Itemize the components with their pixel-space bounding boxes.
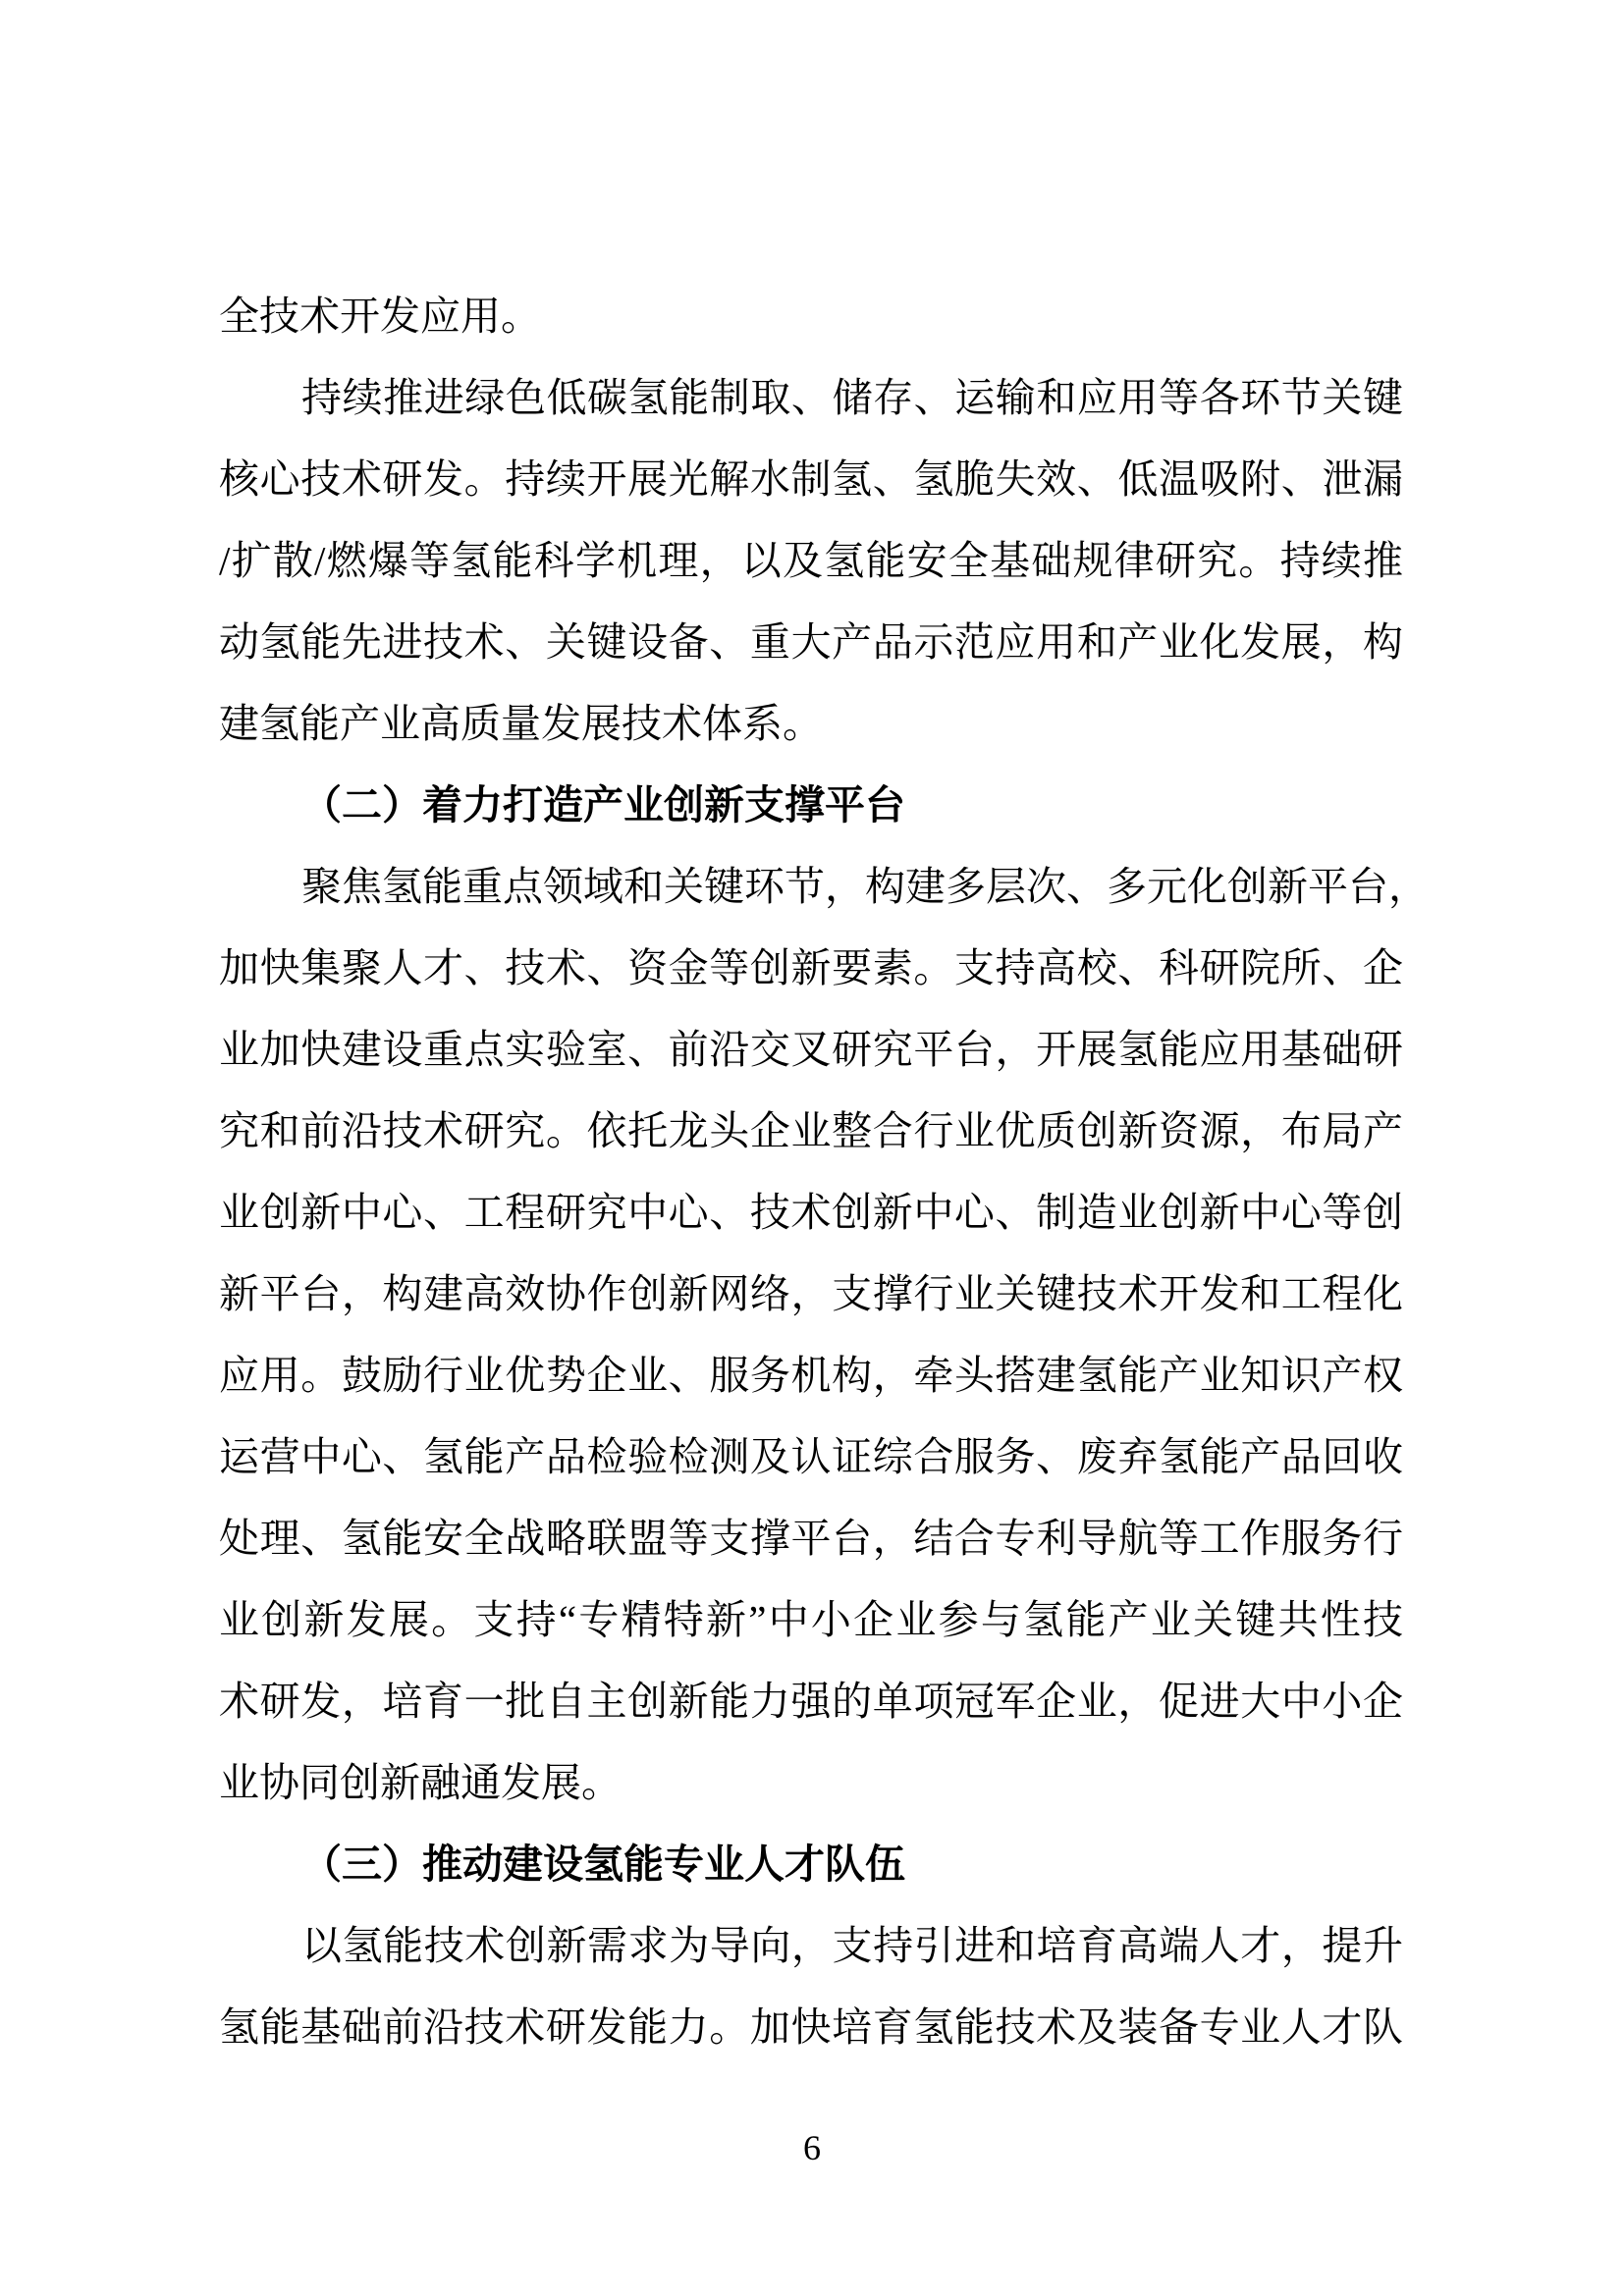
text-line: /扩散/燃爆等氢能科学机理，以及氢能安全基础规律研究。持续推 <box>219 520 1403 602</box>
text-line: 氢能基础前沿技术研发能力。加快培育氢能技术及装备专业人才队 <box>219 1987 1403 2068</box>
text-line: 处理、氢能安全战略联盟等支撑平台，结合专利导航等工作服务行 <box>219 1498 1403 1579</box>
text-line: 加快集聚人才、技术、资金等创新要素。支持高校、科研院所、企 <box>219 928 1403 1009</box>
section-heading: （二）着力打造产业创新支撑平台 <box>219 765 1403 846</box>
text-line: 术研发，培育一批自主创新能力强的单项冠军企业，促进大中小企 <box>219 1661 1403 1742</box>
text-line: 动氢能先进技术、关键设备、重大产品示范应用和产业化发展，构 <box>219 602 1403 683</box>
page-number: 6 <box>0 2124 1624 2171</box>
text-line: 业创新中心、工程研究中心、技术创新中心、制造业创新中心等创 <box>219 1172 1403 1254</box>
text-line: 核心技术研发。持续开展光解水制氢、氢脆失效、低温吸附、泄漏 <box>219 439 1403 520</box>
text-line: 聚焦氢能重点领域和关键环节，构建多层次、多元化创新平台， <box>219 846 1403 928</box>
document-body: 全技术开发应用。 持续推进绿色低碳氢能制取、储存、运输和应用等各环节关键 核心技… <box>219 276 1403 2068</box>
text-line: 持续推进绿色低碳氢能制取、储存、运输和应用等各环节关键 <box>219 357 1403 439</box>
text-line: 业创新发展。支持“专精特新”中小企业参与氢能产业关键共性技 <box>219 1579 1403 1661</box>
section-heading: （三）推动建设氢能专业人才队伍 <box>219 1824 1403 1905</box>
text-line: 究和前沿技术研究。依托龙头企业整合行业优质创新资源，布局产 <box>219 1091 1403 1172</box>
text-line: 全技术开发应用。 <box>219 276 1403 357</box>
text-line: 运营中心、氢能产品检验检测及认证综合服务、废弃氢能产品回收 <box>219 1416 1403 1498</box>
text-line: 建氢能产业高质量发展技术体系。 <box>219 683 1403 765</box>
text-line: 以氢能技术创新需求为导向，支持引进和培育高端人才，提升 <box>219 1905 1403 1987</box>
text-line: 业协同创新融通发展。 <box>219 1742 1403 1824</box>
text-line: 新平台，构建高效协作创新网络，支撑行业关键技术开发和工程化 <box>219 1254 1403 1335</box>
document-page: 全技术开发应用。 持续推进绿色低碳氢能制取、储存、运输和应用等各环节关键 核心技… <box>0 0 1624 2296</box>
text-line: 应用。鼓励行业优势企业、服务机构，牵头搭建氢能产业知识产权 <box>219 1335 1403 1416</box>
text-line: 业加快建设重点实验室、前沿交叉研究平台，开展氢能应用基础研 <box>219 1009 1403 1091</box>
